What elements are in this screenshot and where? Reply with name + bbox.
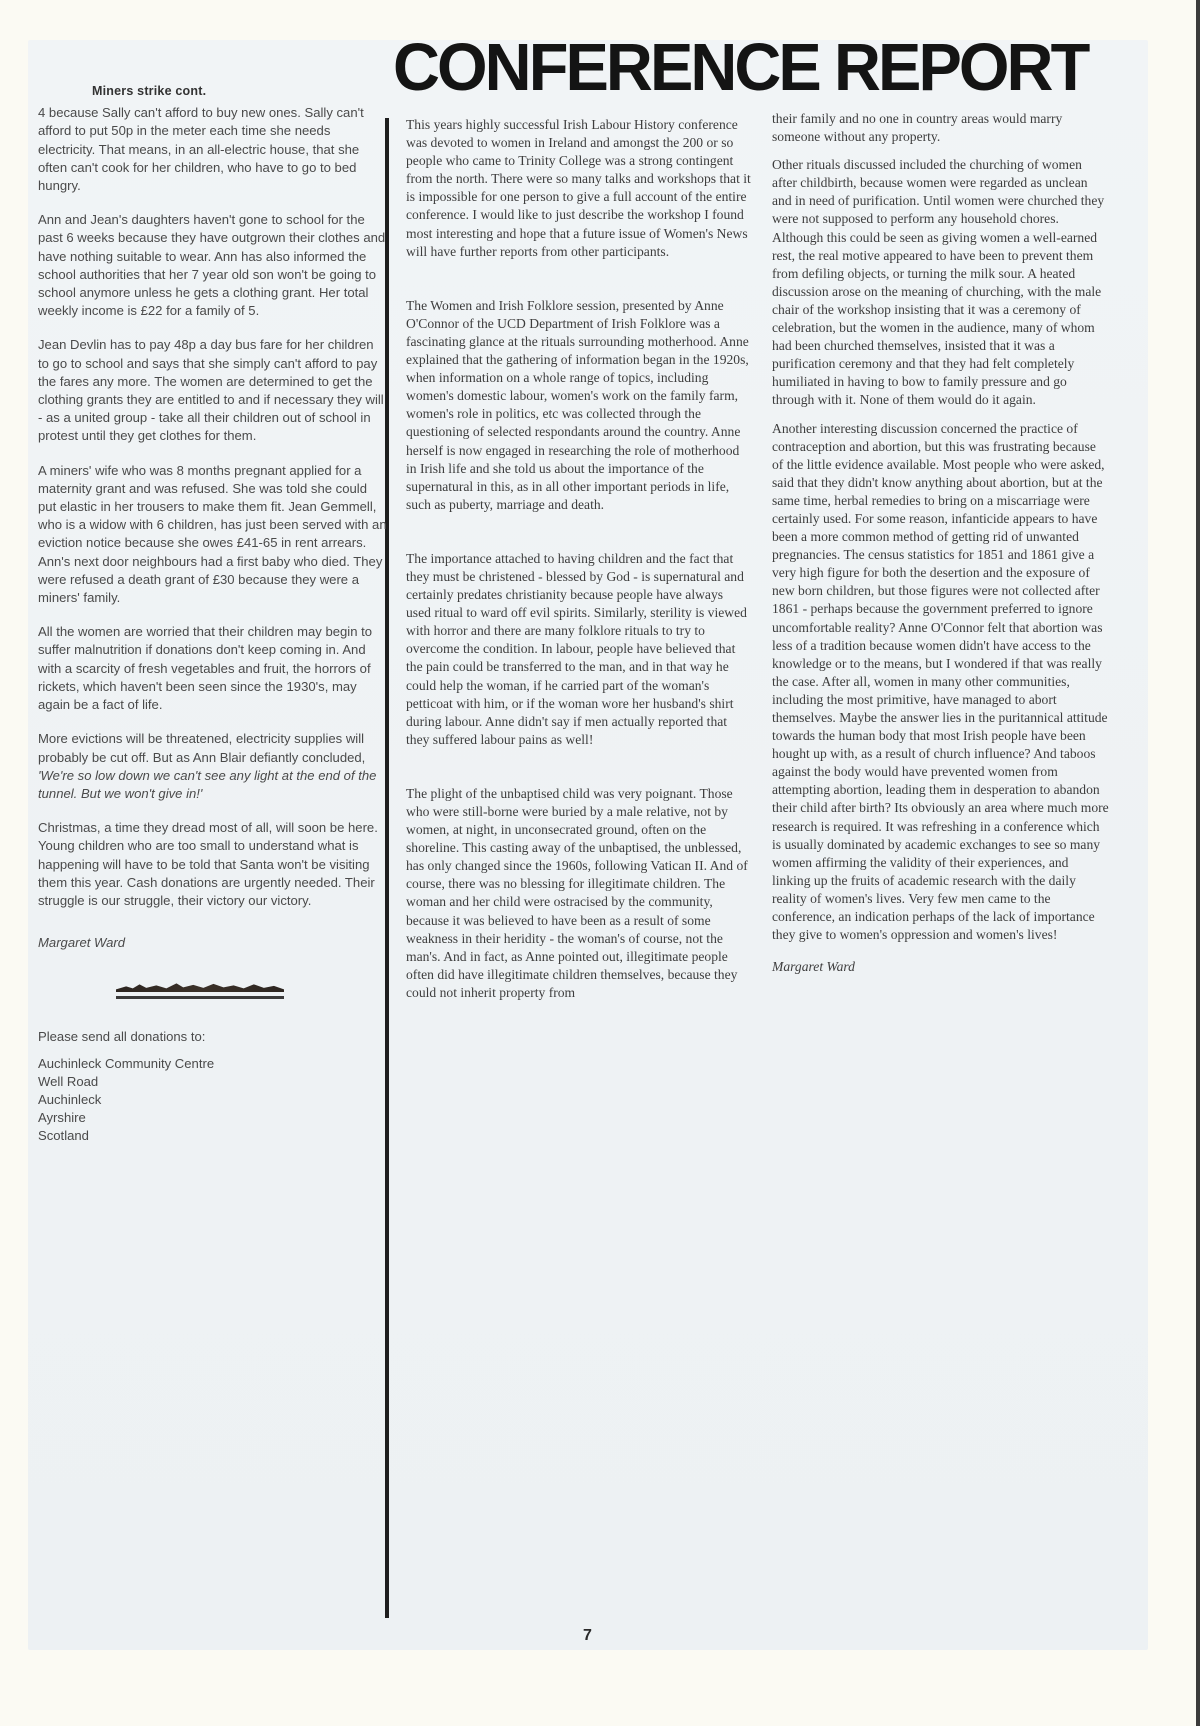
paragraph: Christmas, a time they dread most of all…: [38, 819, 388, 910]
donation-address: Auchinleck Community Centre Well Road Au…: [38, 1055, 388, 1146]
paragraph: their family and no one in country areas…: [772, 110, 1110, 146]
paragraph: All the women are worried that their chi…: [38, 623, 388, 714]
paragraph: Other rituals discussed included the chu…: [772, 156, 1110, 409]
byline: Margaret Ward: [772, 958, 1110, 976]
scan-edge: [1196, 0, 1200, 1726]
address-line: Well Road: [38, 1073, 388, 1091]
ornament-rule: [116, 996, 284, 999]
paragraph-evictions: More evictions will be threatened, elect…: [38, 730, 388, 803]
byline: Margaret Ward: [38, 934, 388, 952]
skyline-silhouette: [116, 982, 284, 992]
donations-lead: Please send all donations to:: [38, 1028, 388, 1046]
page-number: 7: [583, 1627, 592, 1645]
skyline-ornament-icon: [116, 978, 284, 1000]
paragraph: Jean Devlin has to pay 48p a day bus far…: [38, 336, 388, 445]
paragraph: The importance attached to having childr…: [406, 550, 751, 749]
paragraph: The plight of the unbaptised child was v…: [406, 785, 751, 1002]
paragraph: This years highly successful Irish Labou…: [406, 116, 751, 261]
paragraph: Ann and Jean's daughters haven't gone to…: [38, 211, 388, 320]
page-title: CONFERENCE REPORT: [393, 34, 1087, 101]
paragraph: A miners' wife who was 8 months pregnant…: [38, 462, 388, 608]
pull-quote: 'We're so low down we can't see any ligh…: [38, 768, 376, 801]
address-line: Scotland: [38, 1127, 388, 1145]
continuation-kicker: Miners strike cont.: [92, 82, 388, 100]
right-column: their family and no one in country areas…: [772, 110, 1110, 976]
address-line: Auchinleck Community Centre: [38, 1055, 388, 1073]
middle-column: This years highly successful Irish Labou…: [406, 116, 751, 1018]
address-line: Auchinleck: [38, 1091, 388, 1109]
evictions-text: More evictions will be threatened, elect…: [38, 731, 365, 764]
paragraph: The Women and Irish Folklore session, pr…: [406, 297, 751, 514]
donations-box: Please send all donations to: Auchinleck…: [38, 1028, 388, 1145]
left-column: Miners strike cont. 4 because Sally can'…: [38, 82, 388, 1146]
paragraph: Another interesting discussion concerned…: [772, 420, 1110, 945]
paragraph: 4 because Sally can't afford to buy new …: [38, 104, 388, 195]
address-line: Ayrshire: [38, 1109, 388, 1127]
